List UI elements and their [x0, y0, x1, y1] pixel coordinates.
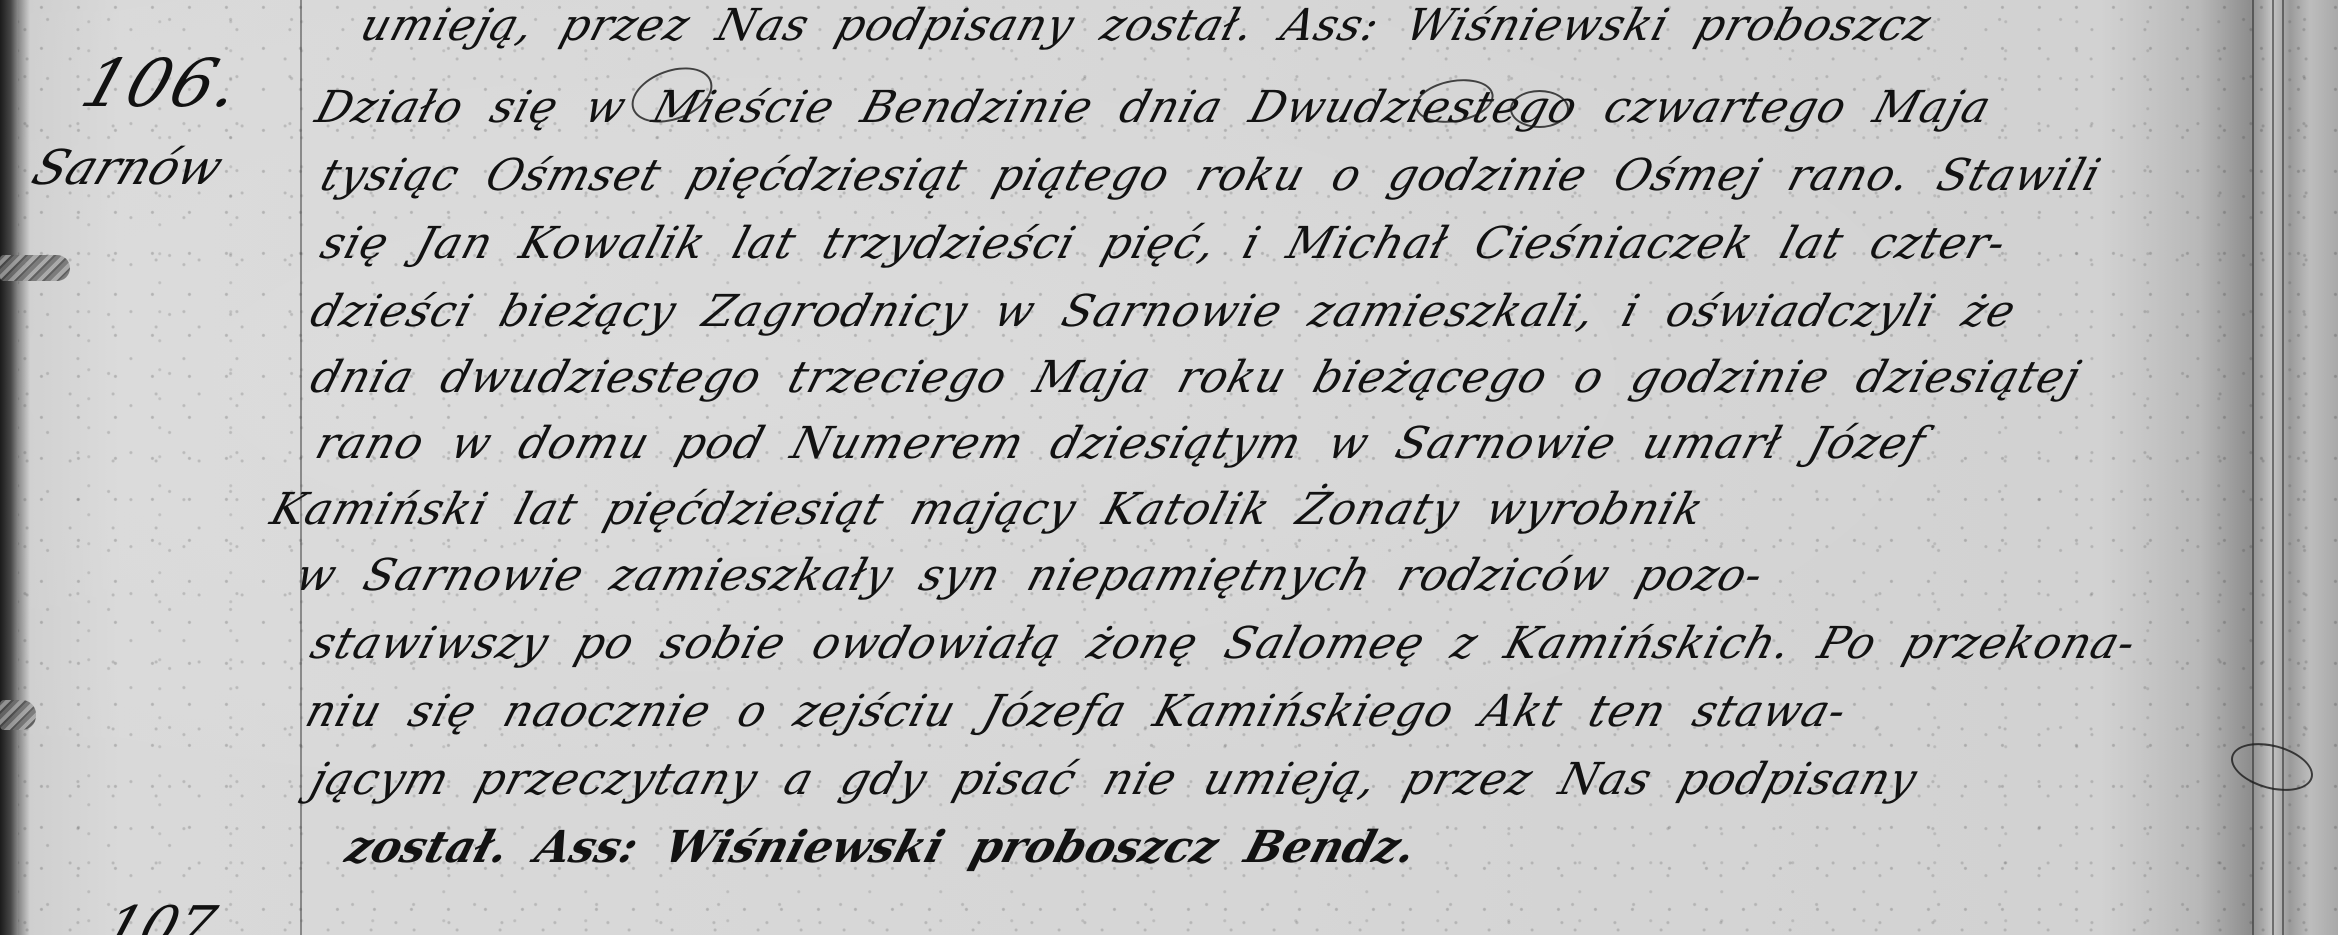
- ink-flourish: [1510, 90, 1569, 128]
- ink-flourish: [2226, 735, 2319, 799]
- entry-body: umieją, przez Nas podpisany został. Ass:…: [330, 0, 2230, 935]
- entry-line: jącym przeczytany a gdy pisać nie umieją…: [305, 754, 1923, 805]
- page-gutter-line: [2282, 0, 2284, 935]
- next-entry-number: 107: [104, 895, 224, 935]
- entry-line: dnia dwudziestego trzeciego Maja roku bi…: [305, 352, 2087, 403]
- page-gutter-line: [2252, 0, 2254, 935]
- entry-line: się Jan Kowalik lat trzydzieści pięć, i …: [315, 218, 2012, 269]
- register-page: 106. Sarnów 107 umieją, przez Nas podpis…: [0, 0, 2338, 935]
- entry-line: Kamiński lat pięćdziesiąt mający Katolik…: [265, 484, 1710, 535]
- entry-line: dzieści bieżący Zagrodnicy w Sarnowie za…: [305, 286, 2022, 337]
- entry-signature-line: został. Ass: Wiśniewski proboszcz Bendz.: [340, 822, 1422, 873]
- entry-line: rano w domu pod Numerem dziesiątym w Sar…: [310, 418, 1932, 469]
- entry-line: Działo się w Mieście Bendzinie dnia Dwud…: [310, 82, 1997, 133]
- entry-line: w Sarnowie zamieszkały syn niepamiętnych…: [290, 550, 1769, 601]
- page-gutter-line: [2272, 0, 2274, 935]
- previous-entry-closing-line: umieją, przez Nas podpisany został. Ass:…: [355, 0, 1937, 51]
- entry-line: niu się naocznie o zejściu Józefa Kamińs…: [300, 686, 1853, 737]
- margin-rule-line: [300, 0, 302, 935]
- entry-number: 106.: [72, 45, 252, 122]
- entry-line: stawiwszy po sobie owdowiałą żonę Salome…: [305, 618, 2142, 669]
- margin-column: 106. Sarnów 107: [0, 0, 300, 935]
- entry-line: tysiąc Ośmset pięćdziesiąt piątego roku …: [315, 150, 2107, 201]
- entry-village-name: Sarnów: [25, 140, 231, 196]
